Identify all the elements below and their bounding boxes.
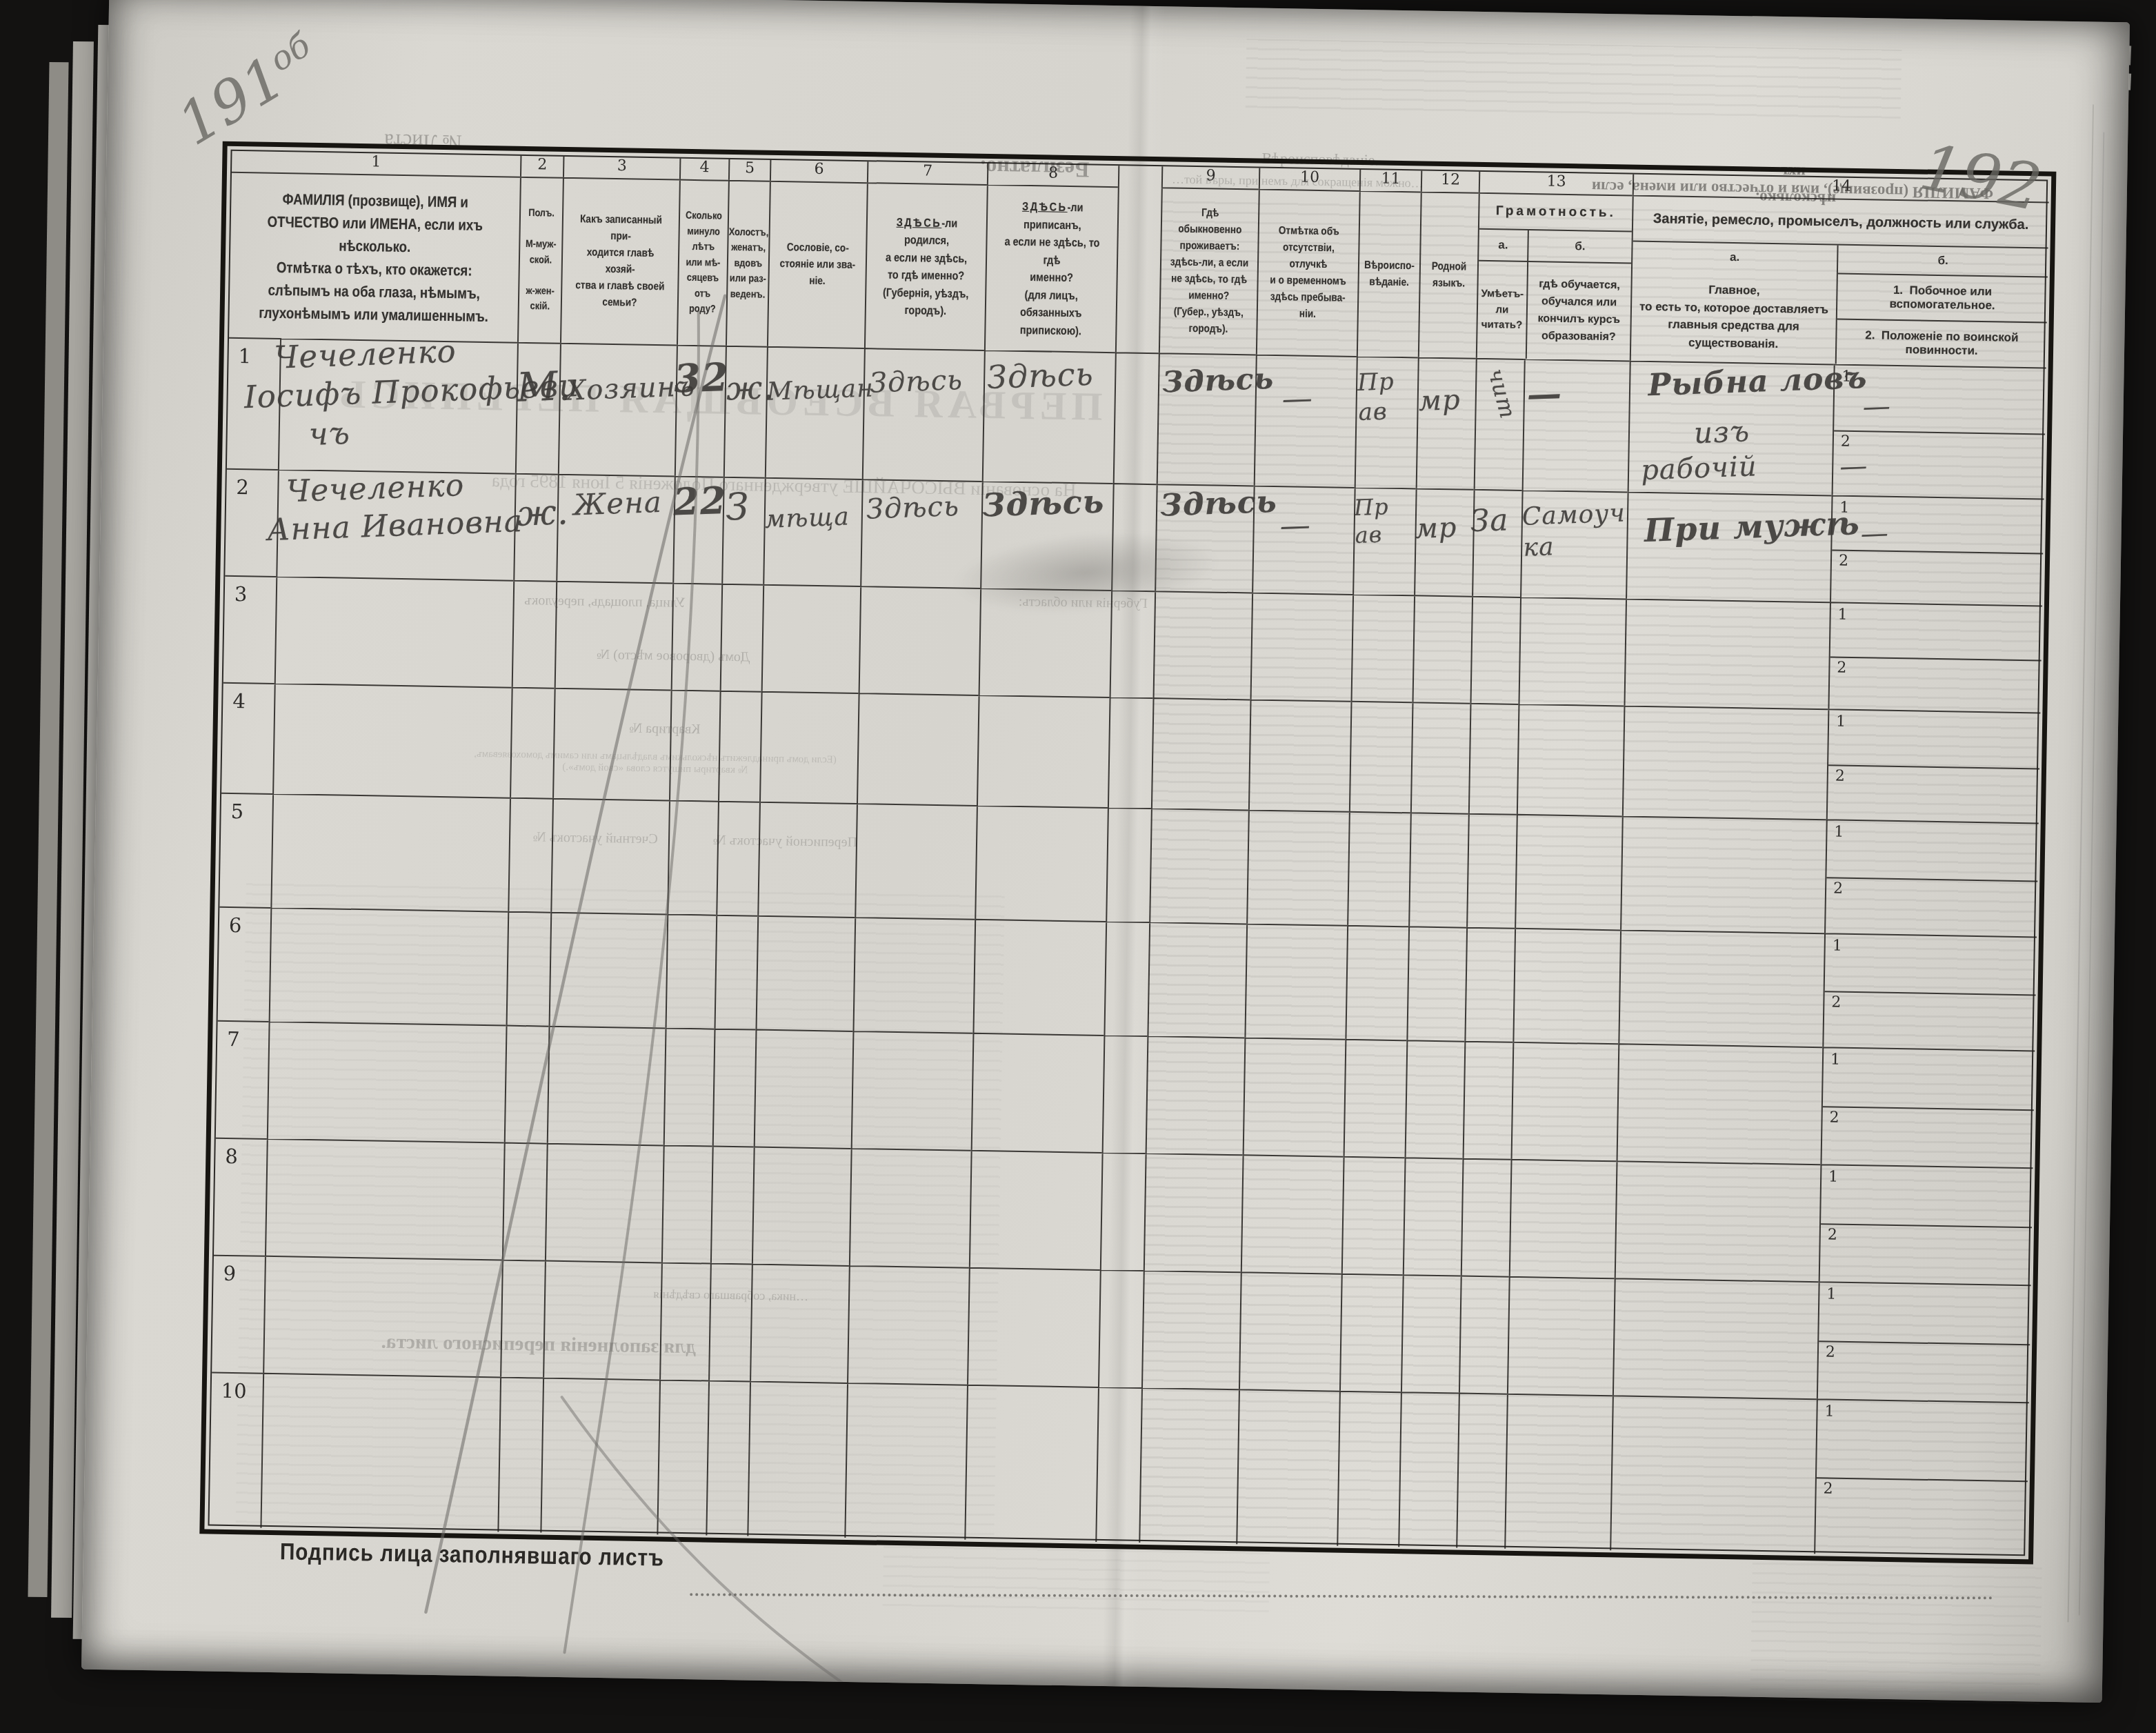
- cell: [1507, 1276, 1615, 1396]
- cell: [765, 346, 864, 479]
- cell: [1474, 358, 1524, 490]
- cell: [857, 693, 979, 805]
- cell: [982, 350, 1115, 483]
- signature-label: Подпись лица заполнявшаго листъ: [280, 1538, 665, 1572]
- occupation-side-cell: 12: [1814, 1398, 2029, 1557]
- cell: [549, 912, 668, 1028]
- cell: [504, 1025, 549, 1143]
- sub-row-1: 1: [1823, 1048, 2035, 1111]
- sub-row-2: 2: [1818, 1340, 2030, 1402]
- header-religion: Вѣроиспо- вѣданіе.: [1357, 190, 1421, 357]
- cell: [1345, 925, 1408, 1040]
- header-estate: Сословіе, со- стояніе или зва- ніе.: [767, 181, 867, 348]
- header-age: Сколько минуло лѣтъ или мѣ- сяцевъ отъ р…: [677, 179, 728, 346]
- cell: [1339, 1274, 1403, 1392]
- header-relation-text: Какъ записанный при- ходится главѣ хозяй…: [570, 211, 670, 312]
- cell: [269, 907, 508, 1025]
- occupation-a-text: Главное, то есть то, которое доставляетъ…: [1631, 270, 1837, 364]
- cell: [669, 690, 720, 801]
- cell: [1244, 923, 1347, 1038]
- cell: [1144, 1153, 1243, 1271]
- literacy-b-text: гдѣ обучается, обучался или кончилъ курс…: [1527, 262, 1631, 360]
- folio-number-left: 191об: [166, 23, 330, 159]
- cell: [672, 476, 723, 584]
- col-num-5: 5: [728, 159, 770, 181]
- occupation-side-cell: 12: [1820, 1047, 2035, 1167]
- cell: [1513, 928, 1620, 1044]
- occupation-side-cell: 12: [1822, 933, 2037, 1050]
- occupation-side-cell: 12: [1826, 709, 2041, 822]
- cell: [1341, 1156, 1405, 1274]
- cell: [723, 346, 767, 477]
- cell: [497, 1377, 543, 1533]
- cell: [278, 338, 517, 473]
- cell: [1149, 808, 1248, 923]
- cell: [977, 695, 1110, 807]
- printed-sub-number: 1: [1819, 1283, 2030, 1306]
- cell: [657, 1379, 708, 1535]
- sub-row-2: 2: [1828, 764, 2039, 822]
- printed-sub-number: 1: [1817, 1400, 2028, 1423]
- header-birthplace-lead: ЗДѢСЬ: [897, 215, 942, 229]
- cell: [550, 798, 669, 914]
- printed-sub-number: 2: [1816, 1477, 2027, 1501]
- printed-sub-number: 1: [1829, 710, 2040, 733]
- cell: [1620, 815, 1826, 933]
- cell: [1464, 927, 1515, 1042]
- fold-gap-cell: [1098, 1269, 1144, 1387]
- cell: [750, 1264, 849, 1383]
- occupation-side-cell: 12: [1828, 602, 2042, 712]
- cell: [759, 691, 859, 803]
- sub-row-2: 2: [1820, 1223, 2032, 1285]
- cell: [855, 803, 977, 919]
- cell: [1351, 594, 1415, 702]
- cell: [1463, 1041, 1513, 1159]
- cell: [1416, 357, 1476, 488]
- no-lista-stamp: № Листа: [310, 128, 463, 154]
- cell: [543, 1260, 661, 1380]
- header-literacy-subtexts: Умѣетъ- ли читать?гдѣ обучается, обучалс…: [1477, 261, 1631, 361]
- cell: [508, 798, 552, 912]
- cell: [849, 1148, 971, 1267]
- col-num-9: 9: [1161, 166, 1259, 188]
- sub-row-1: 1: [1821, 1165, 2033, 1228]
- header-language-text: Родной языкъ.: [1425, 259, 1473, 293]
- cell: [1413, 595, 1473, 702]
- printed-sub-number: 1: [1833, 496, 2044, 519]
- sub-row-1: 1: [1826, 820, 2038, 882]
- cell: [552, 688, 671, 800]
- signature-dotted-line: [690, 1572, 1993, 1599]
- printed-sub-number: 2: [1828, 764, 2039, 788]
- col-num-11: 11: [1359, 170, 1421, 191]
- fold-gap-cell: [1100, 1152, 1146, 1270]
- col-num-13: 13: [1479, 172, 1633, 195]
- census-table: 1 2 3 4 5 6 7 8 9 10 11 12 13 14 ФАМИЛІЯ…: [208, 150, 2048, 1556]
- header-relation: Какъ записанный при- ходится главѣ хозяй…: [560, 177, 679, 345]
- sub-row-2: 2: [1829, 656, 2041, 713]
- row-number: 2: [225, 468, 278, 576]
- cell: [260, 1373, 500, 1532]
- cell: [763, 477, 862, 586]
- cell: [1347, 811, 1410, 926]
- census-sheet-page: ПЕРВАЯ ВСЕОБЩАЯ ПЕРЕПИСЬ На основаніи ВЫ…: [81, 0, 2130, 1703]
- col-num-4: 4: [679, 159, 728, 180]
- col-num-3: 3: [563, 157, 679, 179]
- fold-gap: [1115, 166, 1161, 353]
- header-age-text: Сколько минуло лѣтъ или мѣ- сяцевъ отъ р…: [682, 208, 724, 317]
- col-num-12: 12: [1421, 170, 1479, 192]
- row-number: 5: [219, 793, 272, 907]
- occupation-main-col: а.Главное, то есть то, которое доставляе…: [1631, 242, 1839, 364]
- header-ascription-lead: ЗДѢСЬ: [1022, 200, 1068, 214]
- cell: [967, 1267, 1100, 1387]
- cell: [1141, 1270, 1241, 1389]
- row-number: 4: [221, 682, 275, 793]
- cell: [1518, 597, 1626, 706]
- cell: [756, 915, 855, 1031]
- sub-row-1: 1: [1825, 934, 2037, 996]
- col-num-6: 6: [770, 160, 867, 182]
- cell: [515, 342, 560, 474]
- cell: [715, 915, 758, 1029]
- cell: [1250, 592, 1353, 700]
- cell: [754, 1029, 853, 1148]
- sub-row-2: 2: [1824, 991, 2035, 1051]
- cell: [1615, 1160, 1821, 1281]
- cell: [847, 1265, 969, 1385]
- cell: [1414, 488, 1474, 595]
- cell: [1248, 699, 1351, 811]
- printed-sub-number: 2: [1830, 656, 2041, 680]
- header-absence: Отмѣтка объ отсутствіи, отлучкѣ и о врем…: [1256, 189, 1359, 356]
- printed-sub-number: 2: [1821, 1223, 2032, 1247]
- cell: [1472, 489, 1522, 597]
- cell: [275, 576, 514, 687]
- cell: [1408, 812, 1468, 927]
- cell: [1405, 1040, 1465, 1158]
- margin-crease: [2079, 132, 2105, 1616]
- header-sex-text: Полъ. М-муж- ской. ж-жен- скій.: [522, 206, 559, 315]
- literacy-a-label: а.: [1479, 230, 1529, 261]
- cell: [545, 1143, 663, 1262]
- printed-sub-number: 2: [1832, 549, 2043, 573]
- fold-gap-cell: [1113, 352, 1159, 484]
- sub-row-1: 1: [1817, 1400, 2029, 1482]
- occupation-side-cell: 12: [1824, 819, 2039, 936]
- header-name-column: ФАМИЛІЯ (прозвище), ИМЯ и ОТЧЕСТВО или И…: [229, 172, 520, 342]
- header-absence-text: Отмѣтка объ отсутствіи, отлучкѣ и о врем…: [1265, 223, 1351, 324]
- sub-row-2: 2: [1833, 430, 2046, 498]
- cell: [1146, 1036, 1245, 1154]
- cell: [1622, 705, 1828, 819]
- cell: [853, 917, 975, 1033]
- sub-row-1: 1: [1832, 496, 2044, 554]
- cell: [1410, 702, 1470, 813]
- row-number: 1: [227, 337, 280, 469]
- header-birthplace-rest: -ли родился, а если не здѣсь, то гдѣ име…: [883, 216, 972, 317]
- col-num-8: 8: [987, 164, 1118, 186]
- header-residence-text: Гдѣ обыкновенно проживаетъ: здѣсь-ли, а …: [1168, 204, 1251, 338]
- header-sex: Полъ. М-муж- ской. ж-жен- скій.: [517, 177, 563, 343]
- sub-row-2: 2: [1826, 877, 2037, 937]
- cell: [1509, 1159, 1617, 1278]
- cell: [964, 1385, 1098, 1542]
- sub-row-1: 1: [1834, 365, 2046, 435]
- printed-sub-number: 1: [1827, 820, 2038, 844]
- fold-gap-cell: [1106, 807, 1151, 922]
- cell: [1468, 703, 1519, 814]
- occupation-side-cell: 12: [1830, 495, 2044, 605]
- occupation-b-label: б.: [1838, 245, 2048, 277]
- printed-sub-number: 1: [1830, 603, 2042, 626]
- cell: [1353, 487, 1416, 595]
- header-marital: Холостъ, женатъ, вдовъ или раз- веденъ.: [726, 180, 770, 346]
- cell: [1522, 359, 1630, 492]
- cell: [1337, 1391, 1401, 1547]
- occupation-a-label: а.: [1633, 242, 1837, 273]
- cell: [558, 343, 677, 476]
- literacy-a-text: Умѣетъ- ли читать?: [1477, 261, 1528, 359]
- cell: [1610, 1395, 1817, 1554]
- cell: [1456, 1393, 1507, 1549]
- cell: [716, 801, 759, 915]
- cell: [663, 1027, 715, 1145]
- sub-row-2: 2: [1831, 549, 2043, 606]
- cell: [844, 1383, 967, 1540]
- cell: [547, 1026, 666, 1145]
- cell: [761, 584, 861, 693]
- cell: [1511, 1042, 1619, 1161]
- row-number: 8: [214, 1138, 267, 1256]
- sub-row-2: 2: [1821, 1106, 2033, 1167]
- header-ascription: ЗДѢСЬ-ли приписанъ, а если не здѣсь, то …: [984, 184, 1118, 352]
- cell: [1517, 704, 1624, 816]
- col-num-7: 7: [867, 161, 987, 184]
- occupation-side-cell: 12: [1832, 364, 2046, 498]
- cell: [1520, 490, 1628, 599]
- cell: [267, 1021, 506, 1142]
- row-number: 9: [212, 1255, 265, 1373]
- cell: [1349, 701, 1413, 812]
- cell: [1470, 596, 1521, 704]
- cell: [1515, 814, 1622, 930]
- cell: [1153, 591, 1252, 699]
- bleed-texture: [1246, 39, 1902, 119]
- cell: [500, 1260, 545, 1378]
- cell: [1246, 809, 1349, 924]
- cell: [1403, 1157, 1463, 1275]
- cell: [671, 583, 722, 691]
- cell: [969, 1150, 1102, 1269]
- cell: [720, 584, 763, 691]
- header-name-text: ФАМИЛІЯ (прозвище), ИМЯ и ОТЧЕСТВО или И…: [251, 187, 499, 328]
- header-religion-text: Вѣроиспо- вѣданіе.: [1364, 257, 1415, 291]
- sub-row-1: 1: [1819, 1283, 2030, 1345]
- header-birthplace-text: ЗДѢСЬ-ли родился, а если не здѣсь, то гд…: [875, 213, 978, 320]
- col-num-2: 2: [520, 156, 563, 177]
- header-literacy-group: Грамотность. а.б. Умѣетъ- ли читать?гдѣ …: [1476, 192, 1633, 361]
- header-estate-text: Сословіе, со- стояніе или зва- ніе.: [777, 239, 859, 290]
- occupation-side-cell: 12: [1817, 1281, 2031, 1402]
- cell: [1254, 355, 1357, 487]
- cell: [270, 793, 510, 911]
- cell: [712, 1029, 756, 1147]
- printed-sub-number: 2: [1824, 991, 2035, 1014]
- cell: [513, 473, 558, 581]
- occupation-b2-text: 2. Положеніе по воинской повинности.: [1837, 319, 2047, 367]
- fold-gap-cell: [1095, 1387, 1141, 1543]
- header-marital-text: Холостъ, женатъ, вдовъ или раз- веденъ.: [728, 225, 768, 303]
- cell: [747, 1381, 847, 1538]
- cell: [721, 477, 765, 584]
- header-literacy-title: Грамотность.: [1479, 194, 1633, 232]
- header-occupation-group: Занятіе, ремесло, промыселъ, должность и…: [1630, 195, 2049, 368]
- cell: [1355, 356, 1418, 488]
- sub-row-2: 2: [1815, 1477, 2028, 1558]
- margin-crease: [2068, 105, 2094, 1623]
- literacy-b-label: б.: [1528, 230, 1632, 262]
- cell: [1139, 1387, 1239, 1544]
- cell: [667, 800, 718, 914]
- cell: [972, 919, 1106, 1035]
- printed-sub-number: 1: [1826, 934, 2037, 958]
- cell: [706, 1380, 750, 1536]
- cell: [661, 1145, 712, 1262]
- printed-sub-number: 2: [1822, 1106, 2033, 1129]
- cell: [752, 1147, 851, 1265]
- cell: [1157, 353, 1256, 485]
- cell: [1252, 485, 1355, 593]
- cell: [1236, 1389, 1339, 1545]
- cell: [1613, 1278, 1819, 1398]
- printed-sub-number: 2: [1819, 1340, 2030, 1364]
- cell: [1239, 1271, 1341, 1390]
- fold-gap-cell: [1104, 921, 1149, 1036]
- sub-row-1: 1: [1828, 710, 2040, 769]
- occupation-b1-text: 1. Побочное или вспомогательное.: [1837, 274, 2048, 323]
- cell: [666, 913, 717, 1028]
- cell: [1617, 1043, 1823, 1164]
- fold-gap-cell: [1102, 1035, 1148, 1153]
- cell: [862, 348, 984, 481]
- cell: [757, 802, 857, 917]
- header-birthplace: ЗДѢСЬ-ли родился, а если не здѣсь, то гд…: [864, 182, 987, 350]
- cell: [540, 1378, 659, 1535]
- cell: [710, 1146, 754, 1264]
- fold-gap-cell: [1108, 697, 1153, 808]
- printed-sub-number: 1: [1821, 1165, 2033, 1189]
- printed-sub-number: 2: [1834, 430, 2045, 453]
- cell: [1344, 1039, 1407, 1157]
- cell: [1459, 1276, 1509, 1394]
- header-ascription-rest: -ли приписанъ, а если не здѣсь, то гдѣ и…: [1004, 201, 1102, 337]
- cell: [502, 1142, 547, 1260]
- cell: [265, 1138, 504, 1260]
- cell: [975, 805, 1108, 921]
- cell: [1626, 491, 1832, 602]
- cell: [659, 1262, 710, 1380]
- cell: [1241, 1154, 1344, 1273]
- row-number: 6: [218, 907, 271, 1021]
- cell: [506, 911, 551, 1026]
- cell: [263, 1256, 502, 1377]
- cell: [1461, 1158, 1511, 1276]
- cell: [675, 345, 726, 477]
- occupation-side-col: б.1. Побочное или вспомогательное.2. Пол…: [1837, 245, 2048, 367]
- cell: [1406, 926, 1466, 1040]
- col-num-10: 10: [1259, 168, 1359, 190]
- cell: [510, 687, 555, 798]
- cell: [1618, 929, 1824, 1047]
- row-number: 10: [209, 1372, 263, 1528]
- cell: [1151, 697, 1250, 809]
- cell: [512, 580, 557, 688]
- header-language: Родной языкъ.: [1418, 191, 1479, 357]
- cell: [556, 474, 675, 583]
- cell: [971, 1033, 1104, 1152]
- printed-sub-number: 2: [1826, 877, 2037, 900]
- occupation-side-cell: 12: [1819, 1164, 2033, 1285]
- row-number: 7: [216, 1020, 269, 1138]
- cell: [1628, 361, 1834, 495]
- cell: [708, 1263, 752, 1381]
- sub-row-1: 1: [1830, 603, 2042, 661]
- cell: [718, 691, 761, 802]
- cell: [1624, 598, 1830, 709]
- cell: [276, 469, 515, 580]
- cell: [1147, 922, 1246, 1037]
- row-number: 3: [223, 575, 277, 683]
- header-residence: Гдѣ обыкновенно проживаетъ: здѣсь-ли, а …: [1159, 187, 1259, 354]
- header-occupation-cols: а.Главное, то есть то, которое доставляе…: [1631, 242, 2048, 368]
- printed-sub-number: 1: [1824, 1048, 2035, 1071]
- header-literacy-sublabels: а.б.: [1479, 230, 1632, 264]
- cell: [1466, 813, 1517, 928]
- cell: [1398, 1392, 1459, 1547]
- cell: [1243, 1037, 1346, 1156]
- header-ascription-text: ЗДѢСЬ-ли приписанъ, а если не здѣсь, то …: [995, 197, 1108, 340]
- cell: [1504, 1394, 1613, 1551]
- printed-sub-number: 1: [1835, 365, 2046, 388]
- cell: [1401, 1274, 1461, 1392]
- census-table-wrap: 1 2 3 4 5 6 7 8 9 10 11 12 13 14 ФАМИЛІЯ…: [208, 150, 2048, 1556]
- cell: [272, 683, 512, 798]
- cell: [851, 1031, 973, 1150]
- cell: [555, 581, 673, 690]
